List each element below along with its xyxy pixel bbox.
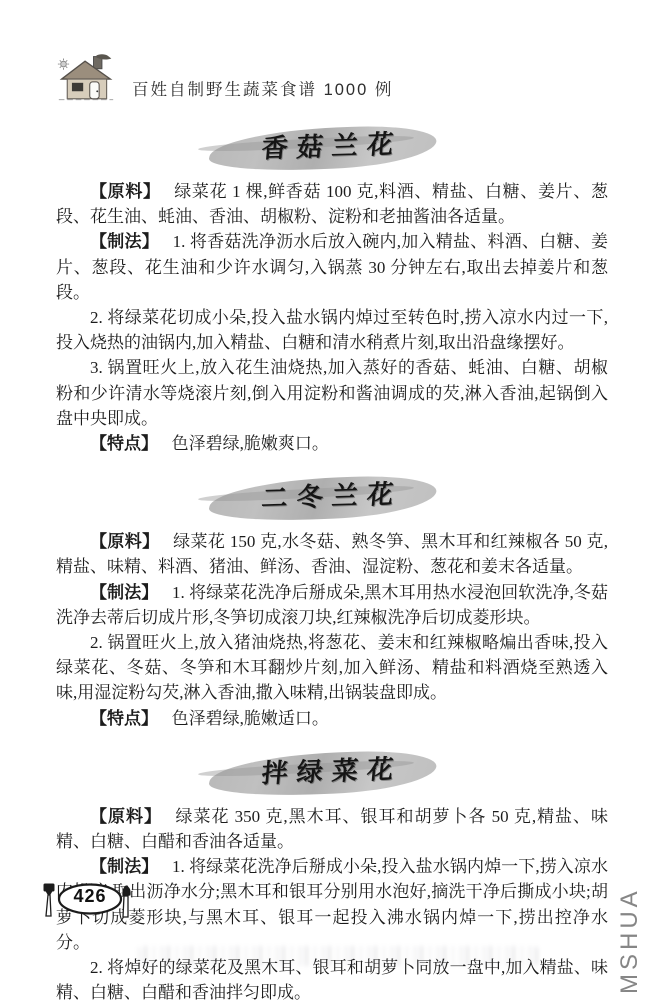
recipe-title: 香菇兰花 <box>260 124 404 166</box>
feature-paragraph: 【特点】色泽碧绿,脆嫩爽口。 <box>56 431 608 456</box>
recipe-title-brush: 香菇兰花 <box>232 121 432 170</box>
paragraph-text: 3. 锅置旺火上,放入花生油烧热,加入蒸好的香菇、蚝油、白糖、胡椒粉和少许清水等… <box>56 358 608 427</box>
paragraph-text: 2. 将绿菜花切成小朵,投入盐水锅内焯过至转色时,捞入凉水内过一下,投入烧热的油… <box>56 308 608 352</box>
method-step-paragraph: 2. 将绿菜花切成小朵,投入盐水锅内焯过至转色时,捞入凉水内过一下,投入烧热的油… <box>56 305 608 355</box>
ingredients-paragraph: 【原料】绿菜花 350 克,黑木耳、银耳和胡萝卜各 50 克,精盐、味精、白糖、… <box>56 804 608 854</box>
method-step-paragraph: 3. 锅置旺火上,放入花生油烧热,加入蒸好的香菇、蚝油、白糖、胡椒粉和少许清水等… <box>56 355 608 431</box>
method-paragraph: 【制法】1. 将香菇洗净沥水后放入碗内,加入精盐、料酒、白糖、姜片、葱段、花生油… <box>56 229 608 305</box>
section-label: 【原料】 <box>90 182 161 201</box>
method-paragraph: 【制法】1. 将绿菜花洗净后掰成朵,黑木耳用热水浸泡回软洗净,冬菇洗净去蒂后切成… <box>56 580 608 630</box>
section-label: 【特点】 <box>90 434 158 453</box>
recipe-section-erdong-lanhua: 二冬兰花 【原料】绿菜花 150 克,水冬菇、熟冬笋、黑木耳和红辣椒各 50 克… <box>56 471 608 731</box>
section-label: 【制法】 <box>90 232 159 251</box>
section-label: 【原料】 <box>90 532 160 551</box>
recipe-title: 二冬兰花 <box>260 474 404 516</box>
fork-icon <box>44 884 54 916</box>
faint-watermark-smudge <box>138 946 538 966</box>
recipe-title: 拌绿菜花 <box>260 748 404 790</box>
section-label: 【制法】 <box>90 583 158 602</box>
book-page: 百姓自制野生蔬菜食谱 1000 例 香菇兰花 【原料】绿菜花 1 棵,鲜香菇 1… <box>0 0 664 1001</box>
side-watermark: MSHUA <box>616 858 644 994</box>
page-number: 426 <box>64 886 116 907</box>
paragraph-text: 色泽碧绿,脆嫩爽口。 <box>172 434 329 453</box>
paragraph-text: 2. 锅置旺火上,放入猪油烧热,将葱花、姜末和红辣椒略煸出香味,投入绿菜花、冬菇… <box>56 633 608 702</box>
paragraph-text: 色泽碧绿,脆嫩适口。 <box>172 709 329 728</box>
method-step-paragraph: 2. 锅置旺火上,放入猪油烧热,将葱花、姜末和红辣椒略煸出香味,投入绿菜花、冬菇… <box>56 630 608 706</box>
page-number-badge: 426 <box>40 880 136 920</box>
sun-icon <box>61 61 67 67</box>
recipe-section-xianggu-lanhua: 香菇兰花 【原料】绿菜花 1 棵,鲜香菇 100 克,料酒、精盐、白糖、姜片、葱… <box>56 121 608 456</box>
book-title: 百姓自制野生蔬菜食谱 1000 例 <box>132 76 393 106</box>
knife-icon <box>123 886 130 917</box>
recipe-title-brush: 拌绿菜花 <box>232 746 432 795</box>
section-label: 【原料】 <box>90 807 162 826</box>
ingredients-paragraph: 【原料】绿菜花 150 克,水冬菇、熟冬笋、黑木耳和红辣椒各 50 克,精盐、味… <box>56 529 608 579</box>
page-header: 百姓自制野生蔬菜食谱 1000 例 <box>56 0 608 106</box>
method-paragraph: 【制法】1. 将绿菜花洗净后掰成小朵,投入盐水锅内焯一下,捞入凉水内投凉,取出沥… <box>56 854 608 955</box>
section-label: 【特点】 <box>90 709 158 728</box>
recipe-title-brush: 二冬兰花 <box>232 471 432 520</box>
feature-paragraph: 【特点】色泽碧绿,脆嫩适口。 <box>56 706 608 731</box>
section-label: 【制法】 <box>90 857 158 876</box>
house-icon <box>56 54 116 106</box>
ingredients-paragraph: 【原料】绿菜花 1 棵,鲜香菇 100 克,料酒、精盐、白糖、姜片、葱段、花生油… <box>56 179 608 229</box>
